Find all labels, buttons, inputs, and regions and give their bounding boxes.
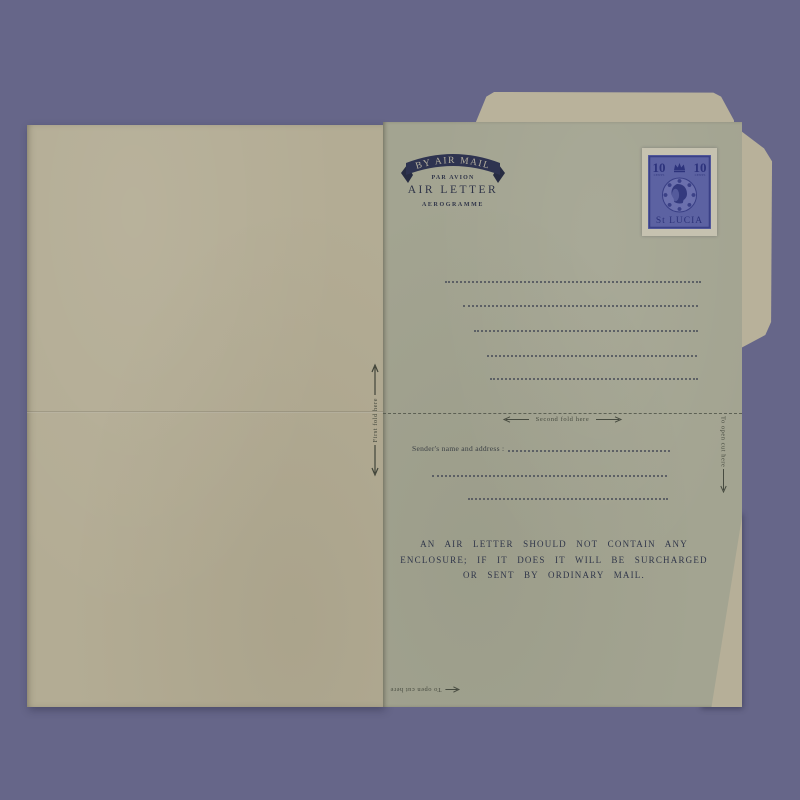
aerogramme-top-flap bbox=[476, 92, 734, 125]
arrow-left-icon bbox=[502, 416, 530, 423]
sender-line-1 bbox=[508, 450, 670, 452]
address-line-2 bbox=[463, 305, 698, 307]
st-lucia-stamp: 10 10 CENTS CENTS S bbox=[648, 155, 711, 229]
par-avion-label: PAR AVION bbox=[389, 175, 517, 181]
arrow-down-icon bbox=[720, 469, 727, 493]
open-cut-right-label: To open cut here bbox=[720, 416, 727, 467]
aerogramme-left-panel: First fold here bbox=[27, 125, 383, 707]
aerogramme-side-tab bbox=[741, 131, 773, 348]
aerogramme-label: AEROGRAMME bbox=[389, 202, 517, 208]
first-fold-mark: First fold here bbox=[368, 363, 382, 495]
arrow-right-icon bbox=[595, 416, 623, 423]
enclosure-notice: AN AIR LETTER SHOULD NOT CONTAIN ANY ENC… bbox=[389, 537, 719, 584]
first-fold-label: First fold here bbox=[372, 398, 379, 442]
stamp-panel: 10 10 CENTS CENTS S bbox=[642, 148, 717, 236]
arrow-down-icon bbox=[371, 445, 379, 477]
sender-line-3 bbox=[468, 498, 668, 500]
second-fold-mark: Second fold here bbox=[383, 416, 742, 423]
arrow-up-icon bbox=[371, 363, 379, 395]
airmail-header: BY AIR MAIL PAR AVION AIR LETTER AEROGRA… bbox=[389, 144, 517, 216]
stamp-cents-left: CENTS bbox=[654, 173, 665, 177]
address-line-3 bbox=[474, 330, 698, 332]
open-cut-bottom-label: To open cut here bbox=[390, 686, 441, 693]
address-line-1 bbox=[445, 281, 701, 283]
open-cut-bottom-mark: To open cut here bbox=[390, 686, 460, 693]
air-letter-label: AIR LETTER bbox=[389, 184, 517, 196]
second-fold-label: Second fold here bbox=[536, 416, 590, 423]
address-line-5 bbox=[490, 378, 698, 380]
notice-line-2: ENCLOSURE; IF IT DOES IT WILL BE SURCHAR… bbox=[389, 553, 719, 569]
arrow-left-icon bbox=[444, 686, 460, 693]
sender-address-row: Sender's name and address : bbox=[412, 444, 670, 453]
aerogramme-front-panel: BY AIR MAIL PAR AVION AIR LETTER AEROGRA… bbox=[383, 122, 742, 707]
address-line-4 bbox=[487, 355, 697, 357]
sender-label: Sender's name and address : bbox=[412, 444, 504, 453]
stamp-cents-right: CENTS bbox=[695, 173, 706, 177]
stamp-country: St LUCIA bbox=[656, 216, 703, 226]
second-fold-dashed-line bbox=[383, 413, 742, 414]
notice-line-3: OR SENT BY ORDINARY MAIL. bbox=[389, 568, 719, 584]
sender-line-2 bbox=[432, 475, 667, 477]
open-cut-right-mark: To open cut here bbox=[714, 416, 732, 508]
first-fold-crease bbox=[27, 411, 383, 413]
notice-line-1: AN AIR LETTER SHOULD NOT CONTAIN ANY bbox=[389, 537, 719, 553]
